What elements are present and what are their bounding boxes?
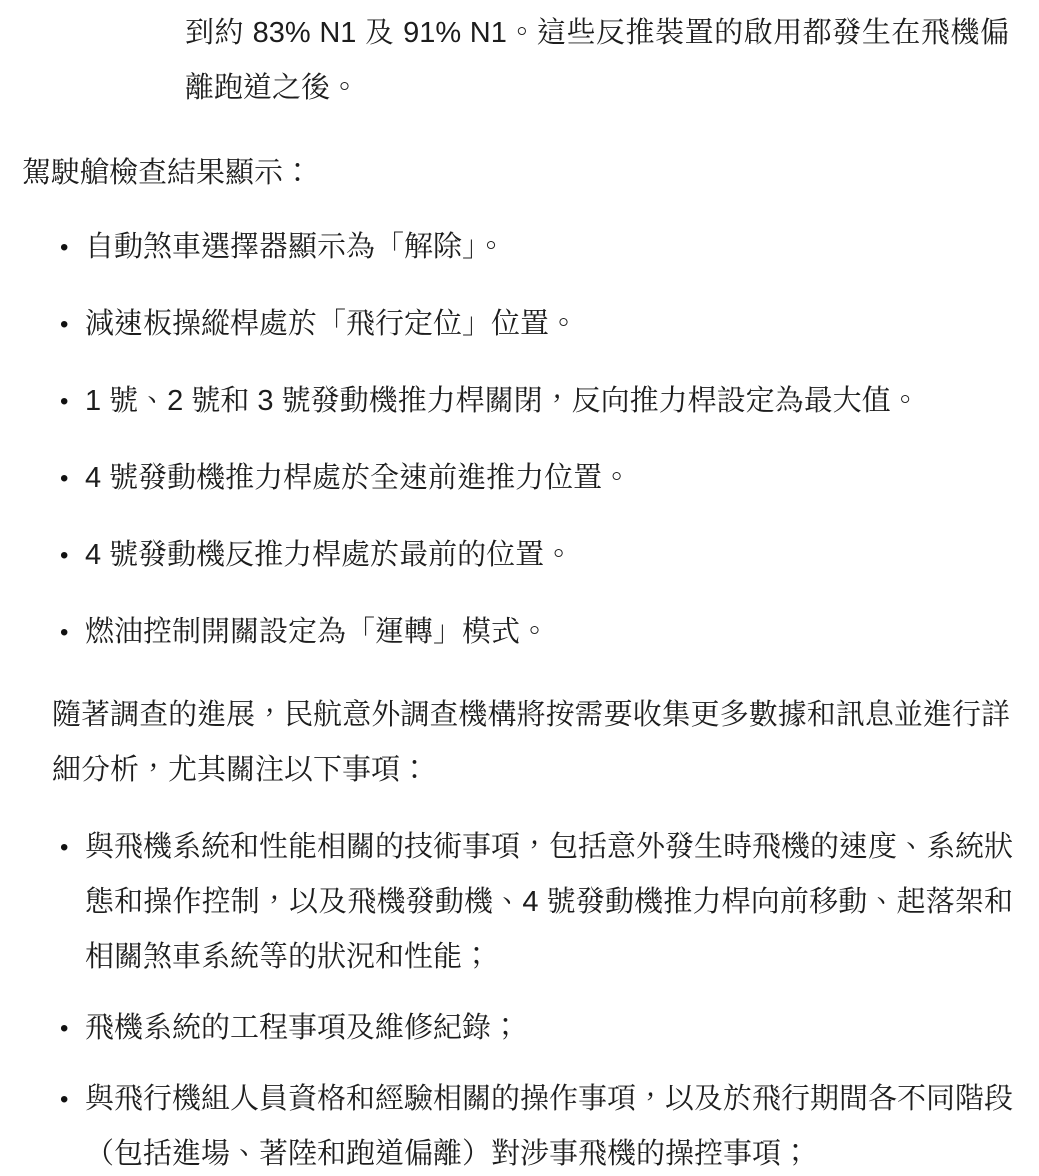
bullet-icon: • (60, 1001, 85, 1056)
bullet-icon: • (60, 820, 85, 875)
list-item-text: 燃油控制開關設定為「運轉」模式。 (85, 605, 1013, 660)
list-item-text: 減速板操縱桿處於「飛行定位」位置。 (85, 297, 1013, 352)
list-item-text: 4 號發動機推力桿處於全速前進推力位置。 (85, 451, 1013, 506)
list-item: • 與飛機系統和性能相關的技術事項，包括意外發生時飛機的速度、系統狀態和操作控制… (60, 820, 1039, 985)
list-item: • 燃油控制開關設定為「運轉」模式。 (60, 605, 1039, 660)
investigation-progress-paragraph: 隨著調查的進展，民航意外調查機構將按需要收集更多數據和訊息並進行詳細分析，尤其關… (52, 688, 1010, 798)
bullet-icon: • (60, 220, 85, 275)
bullet-icon: • (60, 1072, 85, 1127)
list-item: • 與飛行機組人員資格和經驗相關的操作事項，以及於飛行期間各不同階段（包括進場、… (60, 1072, 1039, 1176)
investigation-focus-list: • 與飛機系統和性能相關的技術事項，包括意外發生時飛機的速度、系統狀態和操作控制… (0, 820, 1039, 1176)
list-item-text: 自動煞車選擇器顯示為「解除」。 (85, 220, 1013, 275)
bullet-icon: • (60, 297, 85, 352)
list-item: • 減速板操縱桿處於「飛行定位」位置。 (60, 297, 1039, 352)
list-item: • 1 號、2 號和 3 號發動機推力桿關閉，反向推力桿設定為最大值。 (60, 374, 1039, 429)
list-item: • 飛機系統的工程事項及維修紀錄； (60, 1001, 1039, 1056)
list-item-text: 4 號發動機反推力桿處於最前的位置。 (85, 528, 1013, 583)
cockpit-findings-heading: 駕駛艙檢查結果顯示： (22, 146, 1012, 201)
list-item: • 4 號發動機推力桿處於全速前進推力位置。 (60, 451, 1039, 506)
list-item-text: 飛機系統的工程事項及維修紀錄； (85, 1001, 1013, 1056)
bullet-icon: • (60, 374, 85, 429)
document-page: 到約 83% N1 及 91% N1。這些反推裝置的啟用都發生在飛機偏離跑道之後… (0, 0, 1039, 1176)
cockpit-findings-list: • 自動煞車選擇器顯示為「解除」。 • 減速板操縱桿處於「飛行定位」位置。 • … (0, 220, 1039, 660)
list-item: • 4 號發動機反推力桿處於最前的位置。 (60, 528, 1039, 583)
list-item-text: 與飛機系統和性能相關的技術事項，包括意外發生時飛機的速度、系統狀態和操作控制，以… (85, 820, 1013, 985)
list-item-text: 1 號、2 號和 3 號發動機推力桿關閉，反向推力桿設定為最大值。 (85, 374, 1013, 429)
bullet-icon: • (60, 451, 85, 506)
list-item-text: 與飛行機組人員資格和經驗相關的操作事項，以及於飛行期間各不同階段（包括進場、著陸… (85, 1072, 1013, 1176)
intro-continuation-paragraph: 到約 83% N1 及 91% N1。這些反推裝置的啟用都發生在飛機偏離跑道之後… (185, 6, 1009, 116)
bullet-icon: • (60, 605, 85, 660)
bullet-icon: • (60, 528, 85, 583)
list-item: • 自動煞車選擇器顯示為「解除」。 (60, 220, 1039, 275)
